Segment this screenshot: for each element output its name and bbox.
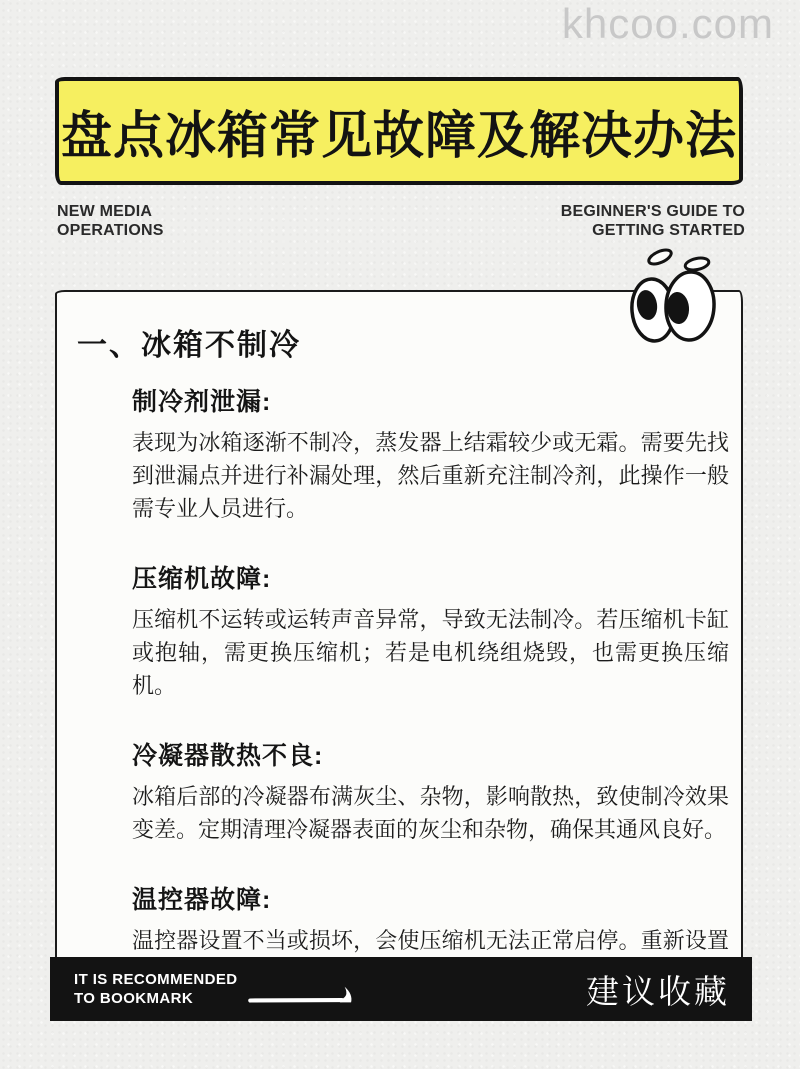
tagline-left: NEW MEDIA OPERATIONS [57, 202, 164, 240]
poster-page: khcoo.com 盘点冰箱常见故障及解决办法 NEW MEDIA OPERAT… [0, 0, 800, 1069]
footer-english-label: IT IS RECOMMENDED TO BOOKMARK [74, 970, 237, 1009]
watermark: khcoo.com [562, 0, 774, 48]
cartoon-eyes-icon [613, 246, 735, 352]
footer-en-line1: IT IS RECOMMENDED [74, 970, 237, 990]
title-banner: 盘点冰箱常见故障及解决办法 [55, 77, 743, 185]
bookmark-arrow-icon [247, 984, 369, 1006]
fault-heading: 冷凝器散热不良: [132, 736, 729, 772]
footer-left: IT IS RECOMMENDED TO BOOKMARK [74, 970, 369, 1009]
fault-heading: 制冷剂泄漏: [132, 382, 729, 418]
fault-item-condenser: 冷凝器散热不良: 冰箱后部的冷凝器布满灰尘、杂物，影响散热，致使制冷效果变差。定… [132, 736, 733, 846]
tagline-right-line2: GETTING STARTED [561, 221, 745, 240]
tagline-left-line1: NEW MEDIA [57, 202, 164, 221]
footer-en-line2: TO BOOKMARK [74, 989, 237, 1009]
tagline-right-line1: BEGINNER'S GUIDE TO [561, 202, 745, 221]
fault-heading: 压缩机故障: [132, 559, 729, 595]
fault-heading: 温控器故障: [132, 880, 729, 916]
fault-item-compressor: 压缩机故障: 压缩机不运转或运转声音异常，导致无法制冷。若压缩机卡缸或抱轴，需更… [132, 559, 733, 702]
fault-item-refrigerant-leak: 制冷剂泄漏: 表现为冰箱逐渐不制冷，蒸发器上结霜较少或无霜。需要先找到泄漏点并进… [132, 382, 733, 525]
tagline-right: BEGINNER'S GUIDE TO GETTING STARTED [561, 202, 745, 240]
footer-chinese-label: 建议收藏 [586, 966, 730, 1013]
poster-title: 盘点冰箱常见故障及解决办法 [61, 94, 737, 168]
tagline-row: NEW MEDIA OPERATIONS BEGINNER'S GUIDE TO… [57, 202, 745, 240]
tagline-left-line2: OPERATIONS [57, 221, 164, 240]
fault-body: 压缩机不运转或运转声音异常，导致无法制冷。若压缩机卡缸或抱轴，需更换压缩机；若是… [132, 603, 729, 702]
fault-body: 冰箱后部的冷凝器布满灰尘、杂物，影响散热，致使制冷效果变差。定期清理冷凝器表面的… [132, 780, 729, 846]
fault-body: 表现为冰箱逐渐不制冷，蒸发器上结霜较少或无霜。需要先找到泄漏点并进行补漏处理，然… [132, 426, 729, 525]
content-box: 一、冰箱不制冷 制冷剂泄漏: 表现为冰箱逐渐不制冷，蒸发器上结霜较少或无霜。需要… [55, 290, 743, 978]
footer-bar: IT IS RECOMMENDED TO BOOKMARK 建议收藏 [50, 957, 752, 1021]
